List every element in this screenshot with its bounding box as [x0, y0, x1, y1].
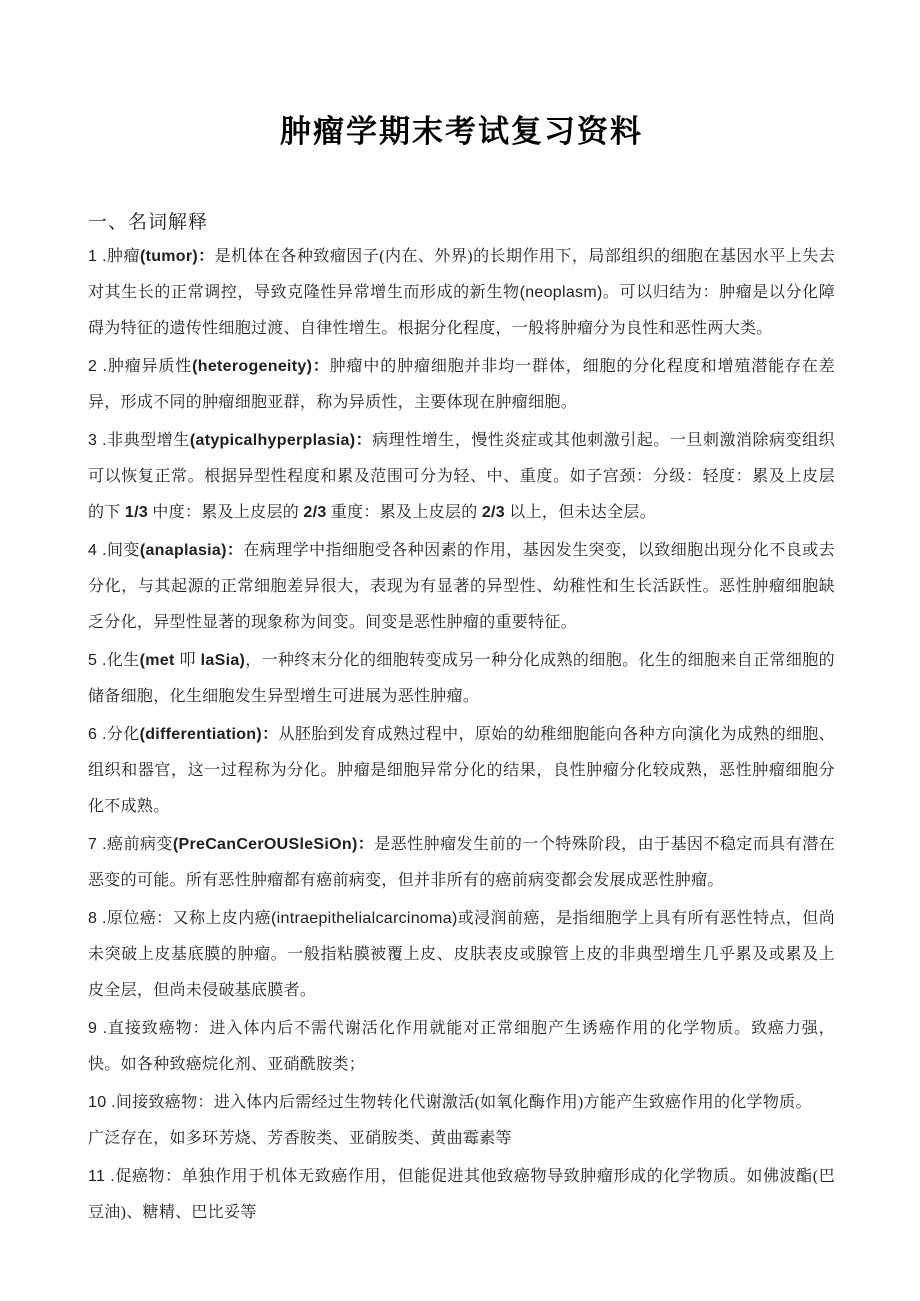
text-segment-b: (met — [140, 652, 180, 669]
definition-item-3: 3 .非典型增生(atypicalhyperplasia)：病理性增生，慢性炎症… — [88, 423, 835, 531]
text-segment-b: (tumor)： — [140, 248, 215, 265]
section-heading: 一、名词解释 — [88, 210, 835, 236]
text-segment-b: (heterogeneity)： — [192, 358, 330, 375]
text-segment-cn: 中度：累及上皮层的 — [148, 504, 303, 521]
text-segment-cn: 促癌物：单独作用于机体无致癌作用，但能促进其他致癌物导致肿瘤形成的化学物质。如佛… — [88, 1168, 835, 1221]
text-segment-cn: 间接致癌物：进入体内后需经过生物转化代谢激活(如氧化酶作用)方能产生致癌作用的化… — [116, 1094, 812, 1111]
text-segment-cn: 广泛存在，如多环芳烧、芳香胺类、亚硝胺类、黄曲霉素等 — [88, 1130, 512, 1147]
page-title: 肿瘤学期末考试复习资料 — [88, 112, 835, 152]
definition-item-7: 7 .癌前病变(PreCanCerOUSleSiOn)：是恶性肿瘤发生前的一个特… — [88, 827, 835, 899]
definition-item-1: 1 .肿瘤(tumor)：是机体在各种致瘤因子(内在、外界)的长期作用下，局部组… — [88, 239, 835, 347]
text-segment-num: 10 . — [88, 1094, 116, 1111]
definition-item-4: 4 .间变(anaplasia)：在病理学中指细胞受各种因素的作用，基因发生突变… — [88, 533, 835, 641]
text-segment-b: (atypicalhyperplasia)： — [190, 432, 372, 449]
text-segment-num: 6 . — [88, 726, 107, 743]
text-segment-b: 2/3 — [303, 504, 326, 521]
text-segment-cn: 重度：累及上皮层的 — [327, 504, 482, 521]
text-segment-cn: 间变 — [107, 542, 140, 559]
definition-item-8: 8 .原位癌：又称上皮内癌(intraepithelialcarcinoma)或… — [88, 901, 835, 1009]
text-segment-cn: 非典型增生 — [107, 432, 190, 449]
definition-item-5: 5 .化生(met 叩 laSia)，一种终末分化的细胞转变成另一种分化成熟的细… — [88, 643, 835, 715]
text-segment-b: (anaplasia)： — [140, 542, 243, 559]
text-segment-lat: (intraepithelialcarcinoma) — [271, 910, 458, 927]
definition-item-10: 10 .间接致癌物：进入体内后需经过生物转化代谢激活(如氧化酶作用)方能产生致癌… — [88, 1085, 835, 1157]
text-segment-b: laSia) — [196, 652, 245, 669]
definition-list: 1 .肿瘤(tumor)：是机体在各种致瘤因子(内在、外界)的长期作用下，局部组… — [88, 239, 835, 1231]
text-segment-cn: 分化 — [107, 726, 140, 743]
text-segment-cn: 直接致癌物：进入体内后不需代谢活化作用就能对正常细胞产生诱癌作用的化学物质。致癌… — [88, 1020, 835, 1073]
text-segment-lat: (neoplasm) — [520, 284, 603, 301]
document-page: 肿瘤学期末考试复习资料 一、名词解释 1 .肿瘤(tumor)：是机体在各种致瘤… — [0, 0, 920, 1301]
text-segment-b: (differentiation)： — [140, 726, 279, 743]
document-content: 肿瘤学期末考试复习资料 一、名词解释 1 .肿瘤(tumor)：是机体在各种致瘤… — [88, 0, 835, 1233]
text-segment-b: 2/3 — [482, 504, 505, 521]
text-segment-b: 1/3 — [125, 504, 148, 521]
definition-item-9: 9 .直接致癌物：进入体内后不需代谢活化作用就能对正常细胞产生诱癌作用的化学物质… — [88, 1011, 835, 1083]
definition-item-11: 11 .促癌物：单独作用于机体无致癌作用，但能促进其他致癌物导致肿瘤形成的化学物… — [88, 1159, 835, 1231]
definition-item-6: 6 .分化(differentiation)：从胚胎到发育成熟过程中，原始的幼稚… — [88, 717, 835, 825]
text-segment-num: 8 . — [88, 910, 107, 927]
text-segment-cn: 叩 — [179, 652, 195, 669]
text-segment-cn: 癌前病变 — [107, 836, 173, 853]
text-segment-cn: 肿瘤 — [107, 248, 140, 265]
text-segment-num: 2 . — [88, 358, 107, 375]
text-segment-num: 9 . — [88, 1020, 107, 1037]
text-segment-num: 1 . — [88, 248, 107, 265]
text-segment-num: 3 . — [88, 432, 107, 449]
text-segment-num: 5 . — [88, 652, 107, 669]
text-segment-num: 11 . — [88, 1168, 115, 1185]
text-segment-num: 7 . — [88, 836, 107, 853]
text-segment-cn: 化生 — [107, 652, 140, 669]
text-segment-b: (PreCanCerOUSleSiOn)： — [173, 836, 374, 853]
text-segment-num: 4 . — [88, 542, 107, 559]
text-segment-cn: 以上，但未达全层。 — [505, 504, 656, 521]
text-segment-cn: 肿瘤异质性 — [107, 358, 192, 375]
definition-item-2: 2 .肿瘤异质性(heterogeneity)：肿瘤中的肿瘤细胞并非均一群体，细… — [88, 349, 835, 421]
text-segment-cn: 原位癌：又称上皮内癌 — [107, 910, 271, 927]
